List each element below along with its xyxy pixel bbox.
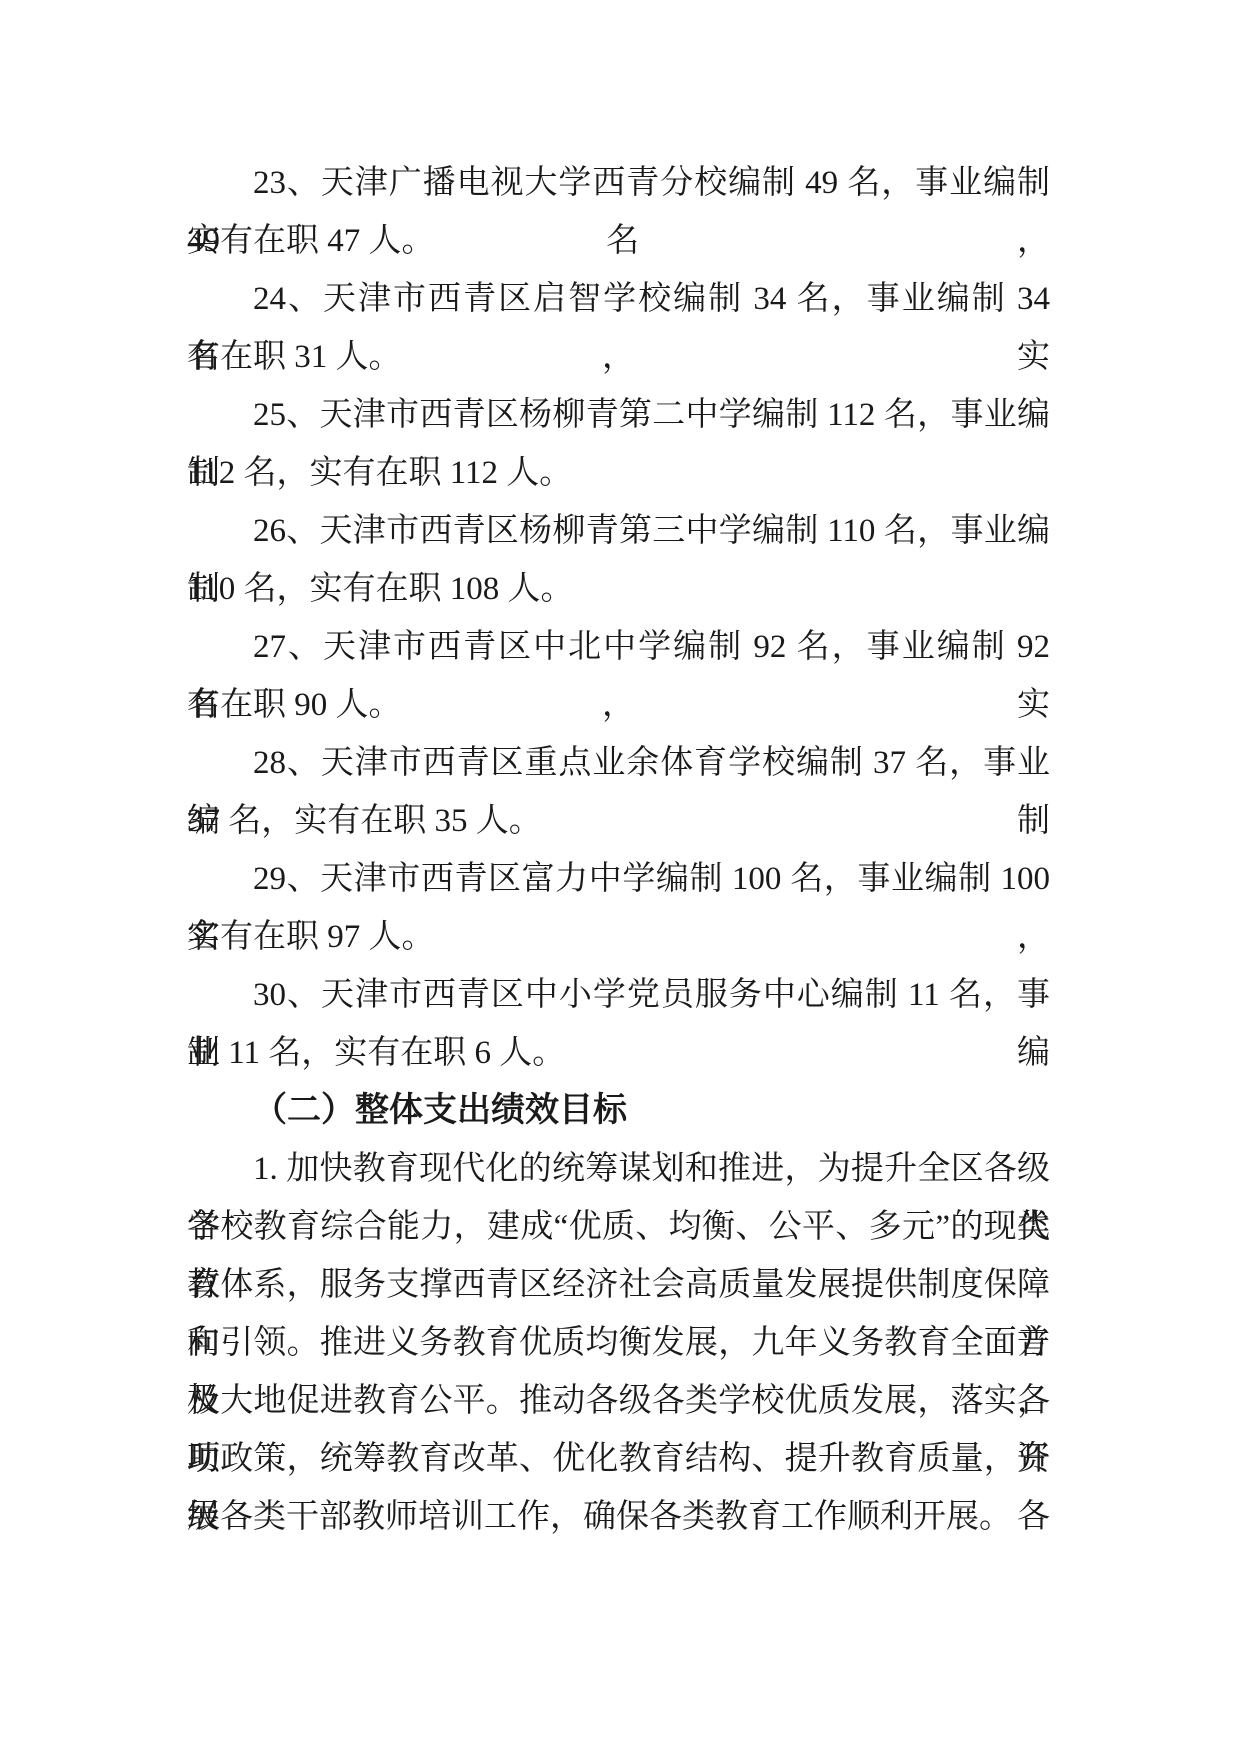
doc-line-item-29-part1: 29、天津市西青区富力中学编制 100 名，事业编制 100 名， [187, 850, 1050, 908]
doc-line-para1-line6: 助政策，统筹教育改革、优化教育结构、提升教育质量，开展各 [187, 1430, 1050, 1488]
doc-line-para1-line1: 1. 加快教育现代化的统筹谋划和推进，为提升全区各级各类 [187, 1140, 1050, 1198]
doc-line-item-30-part1: 30、天津市西青区中小学党员服务中心编制 11 名，事业编 [187, 966, 1050, 1024]
document-page: 23、天津广播电视大学西青分校编制 49 名，事业编制 49 名， 实有在职 4… [0, 0, 1241, 1754]
doc-line-item-27-part1: 27、天津市西青区中北中学编制 92 名，事业编制 92 名，实 [187, 618, 1050, 676]
doc-line-item-24-part1: 24、天津市西青区启智学校编制 34 名，事业编制 34 名，实 [187, 270, 1050, 328]
doc-line-item-26-part1: 26、天津市西青区杨柳青第三中学编制 110 名，事业编制 [187, 502, 1050, 560]
doc-line-item-25-part2: 112 名，实有在职 112 人。 [187, 444, 1050, 502]
doc-line-para1-line7: 级各类干部教师培训工作，确保各类教育工作顺利开展。 [187, 1488, 1050, 1546]
section-heading: （二）整体支出绩效目标 [187, 1082, 1050, 1140]
doc-line-para1-line4: 向引领。推进义务教育优质均衡发展，九年义务教育全面普及， [187, 1314, 1050, 1372]
doc-line-para1-line3: 育体系，服务支撑西青区经济社会高质量发展提供制度保障和方 [187, 1256, 1050, 1314]
doc-line-item-28-part1: 28、天津市西青区重点业余体育学校编制 37 名，事业编制 [187, 734, 1050, 792]
doc-line-item-25-part1: 25、天津市西青区杨柳青第二中学编制 112 名，事业编制 [187, 386, 1050, 444]
document-text-block: 23、天津广播电视大学西青分校编制 49 名，事业编制 49 名， 实有在职 4… [187, 154, 1050, 1546]
doc-line-para1-line5: 极大地促进教育公平。推动各级各类学校优质发展，落实各项资 [187, 1372, 1050, 1430]
doc-line-item-26-part2: 110 名，实有在职 108 人。 [187, 560, 1050, 618]
doc-line-para1-line2: 学校教育综合能力，建成“优质、均衡、公平、多元”的现代教 [187, 1198, 1050, 1256]
doc-line-item-23-part1: 23、天津广播电视大学西青分校编制 49 名，事业编制 49 名， [187, 154, 1050, 212]
